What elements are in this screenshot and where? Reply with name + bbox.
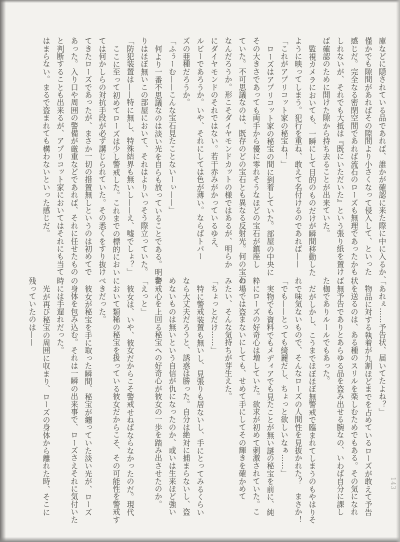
text-column: あった。入り口や周囲の警備が厳重などであれば、それに任せたもの [67, 37, 81, 265]
text-column: 監視カメラにおいても、一瞬にして目的のものだけが瞬間移動した [305, 37, 319, 265]
text-column: 「ふぅーむ——こんな宝石見たことないーぃ——」 [165, 37, 179, 265]
upper-text-block: 庫などに隠されている品であれば、誰かが確認に来た際に中に入るか、僅かでも隙間があ… [39, 37, 389, 265]
scan-edge-left [0, 0, 6, 542]
text-column: ズの亜種だろうか。 [179, 37, 193, 265]
text-column: りはほぼ無いこの部屋において、それはよりいっそう際立っていた。 [137, 37, 151, 265]
text-column: 状を送るのは、ある種のスリルを楽しむためでもある。その気になれ [347, 277, 361, 517]
text-column: ように映ってしまう。犯行を重ね、敢えて名付けるのであれば—— [291, 37, 305, 265]
text-column: 「これがアプリコット家の秘宝ね！」 [277, 37, 291, 265]
text-column: てきたローズであったが、まさか一切の措置無しというのは初めてで [81, 37, 95, 265]
scan-edge-bottom [0, 537, 400, 542]
text-column: ここに至って初めてローズは少し警戒した。これまでの標的におい [109, 37, 123, 265]
text-column: 警戒心を上回る秘宝への好奇心が彼女の一歩を踏み出させたのか。 [151, 277, 165, 517]
text-column: 「ちょっとだけ……」 [207, 277, 221, 517]
text-column: 粋にローズの好奇心は増していた。欲求が初めて刺激されていた。こ [249, 277, 263, 517]
text-column: の身体を包み込む。それは一瞬の出来事で、ローズさえそれに気付いた [67, 277, 81, 517]
text-column: 物品に対する執着が九割ほどまでを占めているローズが敢えて予告 [361, 277, 375, 517]
text-column: 光が再び秘宝の周囲に収まり、ローズの身体から離れた時、そこに [39, 277, 53, 517]
page-number: 143 [389, 477, 396, 490]
text-column: 「あれぇ……予告状、届いてたよね？」 [375, 277, 389, 517]
text-column: 残っていたのは—— [25, 277, 39, 517]
text-column: しれないが、それでも大抵は『既にいただいた』という張り紙を置け [333, 37, 347, 265]
text-column: ては何かしらの対抗手段が必ず講じられていた。その悉くをすり抜け [95, 37, 109, 265]
text-column: 彼女は、いや、彼女だからこそ警戒せねばならなかったのだ。現代 [123, 277, 137, 517]
text-column: と判断することも出来るが、アプリコット家においてはそれにも当て [53, 37, 67, 265]
text-column: 実物でも資料でもメディアでも見たことが無い謎の秘宝を前に、純 [263, 277, 277, 517]
text-column: 僅かでも隙間があればその隙間より小さくなって侵入して、といった [361, 37, 375, 265]
text-column: 時には手遅れだった。 [53, 277, 67, 517]
text-column: ルビーであろうか。いや、それにしては色が薄い。ならばトパー [193, 37, 207, 265]
scan-edge-right [396, 0, 400, 542]
text-column: 「防犯装置は——特に無し、特殊結界も無いし——え、嘘でしょ？」 [123, 37, 137, 265]
text-column: ていた。不可思議なのは、既存のどの宝石とも異なる反射光。何の宝石 [235, 37, 249, 265]
text-column: た枷でありルールでもあった。 [319, 277, 333, 517]
text-column: において類稀の秘宝を扱っている彼女だからこそ、その可能性を警戒す [109, 277, 123, 517]
text-column: ローズはアプリコット家の秘宝の間に到着していた。部屋の中央に [263, 37, 277, 265]
text-column: 「でも——とっても綺麗だし、ちょっと欲しいなぁ……」 [277, 277, 291, 517]
text-column: 感じだ。完全なる密閉空間であれば流石のローズも無理であったかも [347, 37, 361, 265]
text-column: れで味気ないもので、そんなローズの人間性を見抜かれた？ まさか！ [291, 277, 305, 517]
text-column: その大きさであっても両手から優に零れそうなほどの宝石が鎮座し [249, 37, 263, 265]
text-column: なんだろうか。形こそダイヤモンドカットの様ではあるが、明らか [221, 37, 235, 265]
text-column: にダイヤモンドのそれではない。若干赤みがかっているゆえ、 [207, 37, 221, 265]
text-column: 特に警戒装置も無いし、見張りも居ないし、手にとってみるくらい [193, 277, 207, 517]
text-column: 何より一番不思議なのは淡い光を自らも放っていることである。明か [151, 37, 165, 265]
text-column: 「えっと」 [137, 277, 151, 517]
text-column: めないものは無いという自信が仇になったのか、或いは生来ほど強い [165, 277, 179, 517]
text-column: はまらない。まるで盗まれても構わないといった感じだ。 [39, 37, 53, 265]
text-column: みたい、そんな気持ちが芽生えた。 [221, 277, 235, 517]
text-column: 彼女が秘宝を手に取った瞬間、秘宝が纏っていた淡い光が、ローズ [81, 277, 95, 517]
text-column: なら大丈夫だろうと、誘惑は勝った。自分は絶対に捕まらないし、盗 [179, 277, 193, 517]
text-column: だがしかし、こうまでほぼほぼ無警戒で臨まれてしまうのもやはりそ [305, 277, 319, 517]
text-column: ば無予告でありとあらゆる品を盗み出せる腕なの、いわば自分に課し [333, 277, 347, 517]
text-column: の場では盗まないにしても、せめて手にしてその輝きを確かめて [235, 277, 249, 517]
text-column: べきだった。 [95, 277, 109, 517]
text-column: ば確認のために開けた隙から持ち去ることが出来ていた。 [319, 37, 333, 265]
scanned-book-page: 庫などに隠されている品であれば、誰かが確認に来た際に中に入るか、僅かでも隙間があ… [0, 0, 400, 542]
text-column: 庫などに隠されている品であれば、誰かが確認に来た際に中に入るか、 [375, 37, 389, 265]
scan-edge-top [0, 0, 400, 3]
lower-text-block: 「あれぇ……予告状、届いてたよね？」物品に対する執着が九割ほどまでを占めているロ… [25, 277, 389, 517]
